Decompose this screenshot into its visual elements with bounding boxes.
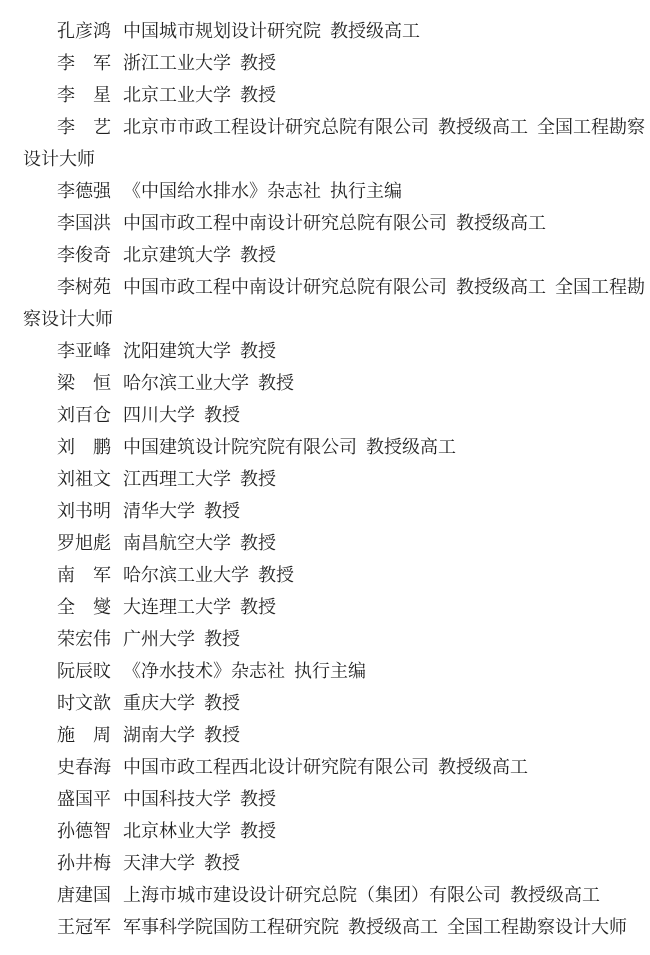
person-affiliation: 大连理工大学 — [123, 597, 231, 617]
person-title: 教授 — [204, 501, 240, 521]
person-name: 唐建国 — [57, 879, 111, 911]
person-affiliation: 北京工业大学 — [123, 85, 231, 105]
person-name: 刘书明 — [57, 495, 111, 527]
person-title: 教授级高工 — [438, 117, 528, 137]
person-title: 教授 — [240, 53, 276, 73]
roster-entry: 刘祖文江西理工大学教授 — [23, 463, 645, 495]
roster-entry: 李俊奇北京建筑大学教授 — [23, 239, 645, 271]
roster-entry: 唐建国上海市城市建设设计研究总院（集团）有限公司教授级高工 — [23, 879, 645, 911]
roster-entry: 荣宏伟广州大学教授 — [23, 623, 645, 655]
person-affiliation: 北京林业大学 — [123, 821, 231, 841]
roster-entry: 阮辰旼《净水技术》杂志社执行主编 — [23, 655, 645, 687]
person-title: 教授级高工 — [456, 277, 546, 297]
person-name: 刘百仓 — [57, 399, 111, 431]
person-affiliation: 天津大学 — [123, 853, 195, 873]
document-page: 孔彦鸿中国城市规划设计研究院教授级高工李军浙江工业大学教授李星北京工业大学教授李… — [0, 0, 650, 955]
person-title: 教授 — [204, 629, 240, 649]
person-affiliation: 重庆大学 — [123, 693, 195, 713]
roster-entry: 刘鹏中国建筑设计院究院有限公司教授级高工 — [23, 431, 645, 463]
person-title: 执行主编 — [330, 181, 402, 201]
person-title: 教授 — [258, 565, 294, 585]
person-name: 李俊奇 — [57, 239, 111, 271]
person-affiliation: 沈阳建筑大学 — [123, 341, 231, 361]
person-affiliation: 哈尔滨工业大学 — [123, 565, 249, 585]
person-name: 荣宏伟 — [57, 623, 111, 655]
person-title: 教授级高工 — [456, 213, 546, 233]
person-name: 罗旭彪 — [57, 527, 111, 559]
roster-entry: 盛国平中国科技大学教授 — [23, 783, 645, 815]
person-name: 李德强 — [57, 175, 111, 207]
person-name: 施周 — [57, 719, 111, 751]
roster-entry: 李亚峰沈阳建筑大学教授 — [23, 335, 645, 367]
roster-entry: 施周湖南大学教授 — [23, 719, 645, 751]
person-title: 教授 — [204, 853, 240, 873]
person-name: 李星 — [57, 79, 111, 111]
roster-entry: 李德强《中国给水排水》杂志社执行主编 — [23, 175, 645, 207]
person-affiliation: 南昌航空大学 — [123, 533, 231, 553]
person-name: 刘鹏 — [57, 431, 111, 463]
person-affiliation: 四川大学 — [123, 405, 195, 425]
roster-entry: 李国洪中国市政工程中南设计研究总院有限公司教授级高工 — [23, 207, 645, 239]
person-title: 教授级高工 — [348, 917, 438, 937]
roster-entry: 孙德智北京林业大学教授 — [23, 815, 645, 847]
person-affiliation: 《净水技术》杂志社 — [123, 661, 285, 681]
person-name: 时文歆 — [57, 687, 111, 719]
person-affiliation: 中国市政工程西北设计研究院有限公司 — [123, 757, 429, 777]
person-affiliation: 中国市政工程中南设计研究总院有限公司 — [123, 277, 447, 297]
person-title: 教授 — [204, 405, 240, 425]
person-name: 刘祖文 — [57, 463, 111, 495]
person-title: 教授 — [204, 693, 240, 713]
person-title: 教授 — [204, 725, 240, 745]
person-name: 南军 — [57, 559, 111, 591]
person-name: 史春海 — [57, 751, 111, 783]
person-title: 教授 — [240, 789, 276, 809]
roster-entry: 史春海中国市政工程西北设计研究院有限公司教授级高工 — [23, 751, 645, 783]
person-honor: 全国工程勘察设计大师 — [447, 917, 627, 937]
roster-entry: 李艺北京市市政工程设计研究总院有限公司教授级高工全国工程勘察设计大师 — [23, 111, 645, 175]
person-title: 教授 — [258, 373, 294, 393]
person-name: 孔彦鸿 — [57, 15, 111, 47]
person-affiliation: 《中国给水排水》杂志社 — [123, 181, 321, 201]
roster-entry: 梁恒哈尔滨工业大学教授 — [23, 367, 645, 399]
person-title: 教授 — [240, 85, 276, 105]
person-title: 教授 — [240, 821, 276, 841]
person-title: 教授级高工 — [330, 21, 420, 41]
person-affiliation: 浙江工业大学 — [123, 53, 231, 73]
person-title: 教授 — [240, 341, 276, 361]
roster-entry: 王冠军军事科学院国防工程研究院教授级高工全国工程勘察设计大师 — [23, 911, 645, 943]
person-title: 教授级高工 — [438, 757, 528, 777]
person-name: 盛国平 — [57, 783, 111, 815]
person-title: 教授 — [240, 245, 276, 265]
person-name: 王冠军 — [57, 911, 111, 943]
person-title: 教授级高工 — [510, 885, 600, 905]
person-name: 全燮 — [57, 591, 111, 623]
roster-entry: 罗旭彪南昌航空大学教授 — [23, 527, 645, 559]
roster-entry: 刘书明清华大学教授 — [23, 495, 645, 527]
roster-entry: 南军哈尔滨工业大学教授 — [23, 559, 645, 591]
person-affiliation: 军事科学院国防工程研究院 — [123, 917, 339, 937]
roster-entry: 孔彦鸿中国城市规划设计研究院教授级高工 — [23, 15, 645, 47]
person-affiliation: 中国建筑设计院究院有限公司 — [123, 437, 357, 457]
person-title: 执行主编 — [294, 661, 366, 681]
person-affiliation: 清华大学 — [123, 501, 195, 521]
person-affiliation: 江西理工大学 — [123, 469, 231, 489]
person-affiliation: 上海市城市建设设计研究总院（集团）有限公司 — [123, 885, 501, 905]
person-name: 李国洪 — [57, 207, 111, 239]
person-affiliation: 广州大学 — [123, 629, 195, 649]
person-affiliation: 中国科技大学 — [123, 789, 231, 809]
person-title: 教授 — [240, 533, 276, 553]
person-affiliation: 中国城市规划设计研究院 — [123, 21, 321, 41]
roster-entry: 时文歆重庆大学教授 — [23, 687, 645, 719]
roster-entry: 刘百仓四川大学教授 — [23, 399, 645, 431]
roster-entry: 孙井梅天津大学教授 — [23, 847, 645, 879]
person-name: 李军 — [57, 47, 111, 79]
person-name: 梁恒 — [57, 367, 111, 399]
person-title: 教授 — [240, 597, 276, 617]
person-name: 李亚峰 — [57, 335, 111, 367]
person-name: 李树苑 — [57, 271, 111, 303]
person-affiliation: 北京市市政工程设计研究总院有限公司 — [123, 117, 429, 137]
person-affiliation: 湖南大学 — [123, 725, 195, 745]
roster-entry: 全燮大连理工大学教授 — [23, 591, 645, 623]
person-title: 教授级高工 — [366, 437, 456, 457]
roster-entry: 李树苑中国市政工程中南设计研究总院有限公司教授级高工全国工程勘察设计大师 — [23, 271, 645, 335]
person-affiliation: 北京建筑大学 — [123, 245, 231, 265]
person-name: 孙井梅 — [57, 847, 111, 879]
roster-entry: 李军浙江工业大学教授 — [23, 47, 645, 79]
person-title: 教授 — [240, 469, 276, 489]
person-name: 李艺 — [57, 111, 111, 143]
expert-roster-list: 孔彦鸿中国城市规划设计研究院教授级高工李军浙江工业大学教授李星北京工业大学教授李… — [23, 15, 645, 943]
person-affiliation: 哈尔滨工业大学 — [123, 373, 249, 393]
person-name: 阮辰旼 — [57, 655, 111, 687]
roster-entry: 李星北京工业大学教授 — [23, 79, 645, 111]
person-affiliation: 中国市政工程中南设计研究总院有限公司 — [123, 213, 447, 233]
person-name: 孙德智 — [57, 815, 111, 847]
